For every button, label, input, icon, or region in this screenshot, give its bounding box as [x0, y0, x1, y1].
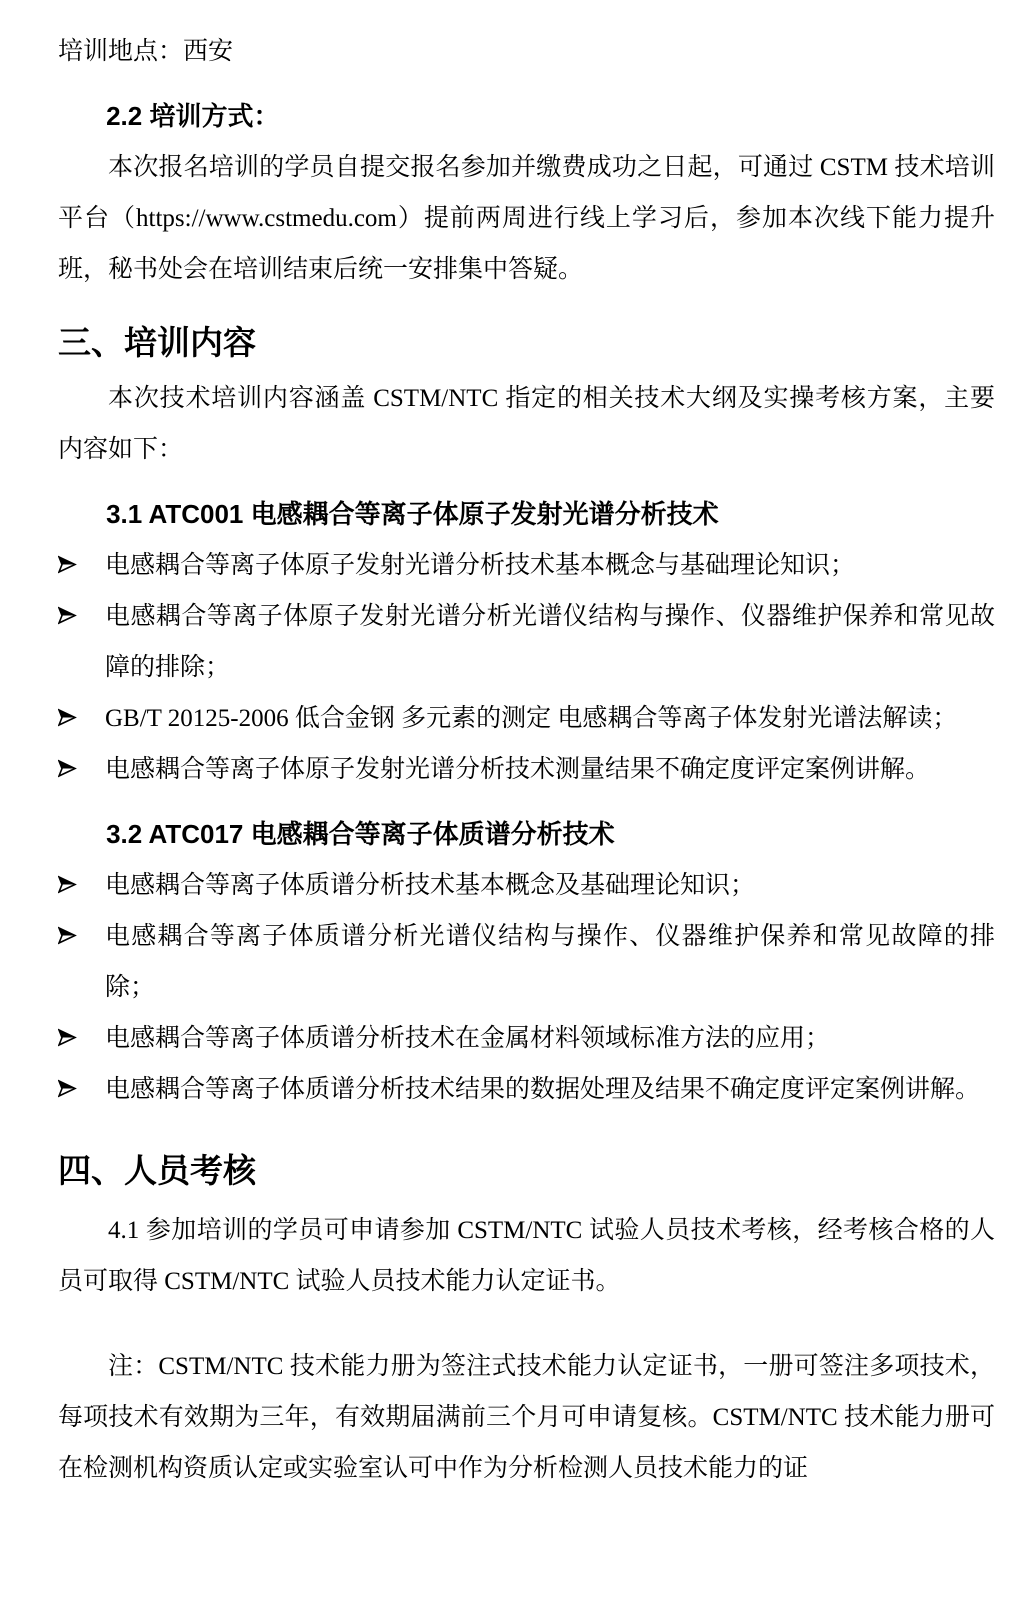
- section-2-2-heading: 2.2 培训方式：: [58, 91, 995, 142]
- section-3-1-bullet-list: 电感耦合等离子体原子发射光谱分析技术基本概念与基础理论知识； 电感耦合等离子体原…: [58, 540, 995, 795]
- document-page: 培训地点：西安 2.2 培训方式： 本次报名培训的学员自提交报名参加并缴费成功之…: [0, 0, 1029, 1614]
- bullet-text: 电感耦合等离子体质谱分析技术结果的数据处理及结果不确定度评定案例讲解。: [105, 1064, 995, 1115]
- bullet-text: 电感耦合等离子体质谱分析光谱仪结构与操作、仪器维护保养和常见故障的排除；: [105, 911, 995, 1013]
- arrow-bullet-icon: [58, 744, 105, 795]
- list-item: 电感耦合等离子体原子发射光谱分析技术基本概念与基础理论知识；: [58, 540, 995, 591]
- bullet-text: 电感耦合等离子体质谱分析技术在金属材料领域标准方法的应用；: [105, 1013, 995, 1064]
- bullet-text: 电感耦合等离子体原子发射光谱分析技术测量结果不确定度评定案例讲解。: [105, 744, 995, 795]
- list-item: 电感耦合等离子体质谱分析技术基本概念及基础理论知识；: [58, 860, 995, 911]
- arrow-bullet-icon: [58, 860, 105, 911]
- section-4-heading: 四、人员考核: [58, 1149, 995, 1193]
- section-4-1-paragraph: 4.1 参加培训的学员可申请参加 CSTM/NTC 试验人员技术考核，经考核合格…: [58, 1205, 995, 1307]
- bullet-text: 电感耦合等离子体质谱分析技术基本概念及基础理论知识；: [105, 860, 995, 911]
- arrow-bullet-icon: [58, 1013, 105, 1064]
- bullet-text: 电感耦合等离子体原子发射光谱分析光谱仪结构与操作、仪器维护保养和常见故障的排除；: [105, 591, 995, 693]
- arrow-bullet-icon: [58, 591, 105, 693]
- list-item: 电感耦合等离子体质谱分析技术结果的数据处理及结果不确定度评定案例讲解。: [58, 1064, 995, 1115]
- list-item: 电感耦合等离子体原子发射光谱分析技术测量结果不确定度评定案例讲解。: [58, 744, 995, 795]
- list-item: 电感耦合等离子体原子发射光谱分析光谱仪结构与操作、仪器维护保养和常见故障的排除；: [58, 591, 995, 693]
- section-3-2-heading: 3.2 ATC017 电感耦合等离子体质谱分析技术: [58, 809, 995, 860]
- section-3-intro-paragraph: 本次技术培训内容涵盖 CSTM/NTC 指定的相关技术大纲及实操考核方案，主要内…: [58, 373, 995, 475]
- list-item: GB/T 20125-2006 低合金钢 多元素的测定 电感耦合等离子体发射光谱…: [58, 693, 995, 744]
- training-location-line: 培训地点：西安: [58, 26, 995, 77]
- list-item: 电感耦合等离子体质谱分析技术在金属材料领域标准方法的应用；: [58, 1013, 995, 1064]
- list-item: 电感耦合等离子体质谱分析光谱仪结构与操作、仪器维护保养和常见故障的排除；: [58, 911, 995, 1013]
- arrow-bullet-icon: [58, 540, 105, 591]
- section-2-2-paragraph: 本次报名培训的学员自提交报名参加并缴费成功之日起，可通过 CSTM 技术培训平台…: [58, 142, 995, 295]
- arrow-bullet-icon: [58, 911, 105, 1013]
- section-3-heading: 三、培训内容: [58, 321, 995, 365]
- section-4-note-paragraph: 注：CSTM/NTC 技术能力册为签注式技术能力认定证书，一册可签注多项技术，每…: [58, 1341, 995, 1494]
- section-3-1-heading: 3.1 ATC001 电感耦合等离子体原子发射光谱分析技术: [58, 489, 995, 540]
- arrow-bullet-icon: [58, 693, 105, 744]
- arrow-bullet-icon: [58, 1064, 105, 1115]
- section-3-2-bullet-list: 电感耦合等离子体质谱分析技术基本概念及基础理论知识； 电感耦合等离子体质谱分析光…: [58, 860, 995, 1115]
- bullet-text: 电感耦合等离子体原子发射光谱分析技术基本概念与基础理论知识；: [105, 540, 995, 591]
- bullet-text: GB/T 20125-2006 低合金钢 多元素的测定 电感耦合等离子体发射光谱…: [105, 693, 995, 744]
